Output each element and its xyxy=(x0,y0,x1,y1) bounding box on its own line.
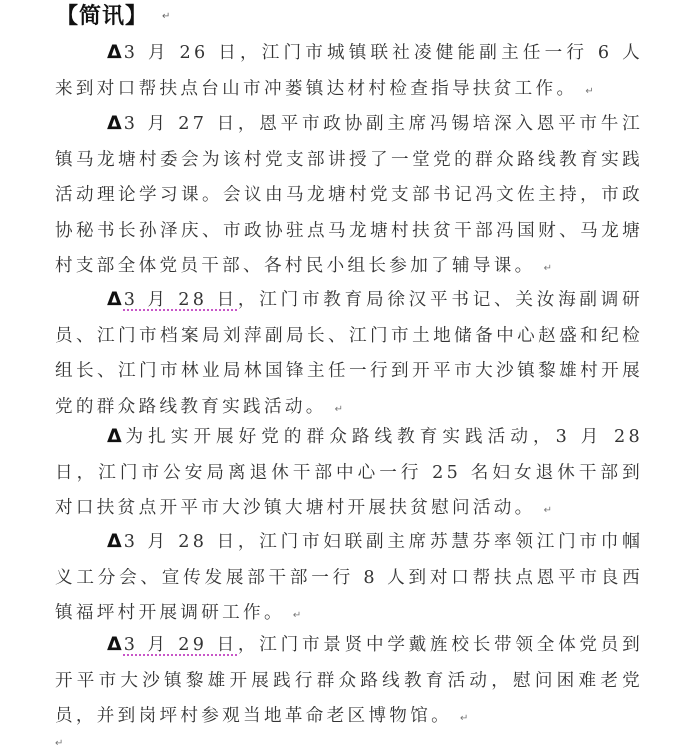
delta-bullet-icon: Δ xyxy=(107,112,124,134)
heading-text: 【简讯】 xyxy=(56,4,148,29)
news-date: 3 月 26 日 xyxy=(124,43,240,63)
paragraph-mark-icon: ↵ xyxy=(293,610,301,621)
news-item-5: Δ3 月 28 日，江门市妇联副主席苏慧芬率领江门市巾帼义工分会、宣传发展部干部… xyxy=(55,524,643,634)
paragraph-mark-icon: ↵ xyxy=(335,404,343,415)
delta-bullet-icon: Δ xyxy=(107,530,124,552)
news-date: 3 月 28 日 xyxy=(124,290,238,310)
news-item-2: Δ3 月 27 日，恩平市政协副主席冯锡培深入恩平市牛江镇马龙塘村委会为该村党支… xyxy=(55,106,643,287)
section-heading: 【简讯】↵ xyxy=(56,2,171,32)
paragraph-mark-icon: ↵ xyxy=(162,11,171,22)
news-item-1: Δ3 月 26 日，江门市城镇联社凌健能副主任一行 6 人来到对口帮扶点台山市冲… xyxy=(55,35,643,109)
news-date: 3 月 27 日 xyxy=(124,114,238,134)
delta-bullet-icon: Δ xyxy=(107,41,124,63)
news-item-6: Δ3 月 29 日，江门市景贤中学戴旌校长带领全体党员到开平市大沙镇黎雄开展践行… xyxy=(55,627,643,737)
news-date: 3 月 28 日 xyxy=(124,532,238,552)
delta-bullet-icon: Δ xyxy=(107,288,124,310)
delta-bullet-icon: Δ xyxy=(107,425,124,447)
paragraph-mark-icon: ↵ xyxy=(585,86,593,97)
news-date: 3 月 29 日 xyxy=(124,635,238,655)
news-text: 为扎实开展好党的群众路线教育实践活动，3 月 28 日，江门市公安局离退休干部中… xyxy=(55,427,643,518)
delta-bullet-icon: Δ xyxy=(107,633,124,655)
paragraph-mark-icon: ↵ xyxy=(55,738,63,749)
paragraph-mark-icon: ↵ xyxy=(460,713,468,724)
paragraph-mark-icon: ↵ xyxy=(544,505,552,516)
news-text: ，恩平市政协副主席冯锡培深入恩平市牛江镇马龙塘村委会为该村党支部讲授了一堂党的群… xyxy=(55,114,643,276)
news-item-4: Δ为扎实开展好党的群众路线教育实践活动，3 月 28 日，江门市公安局离退休干部… xyxy=(55,419,643,529)
paragraph-mark-icon: ↵ xyxy=(544,263,552,274)
news-item-3: Δ3 月 28 日，江门市教育局徐汉平书记、关汝海副调研员、江门市档案局刘萍副局… xyxy=(55,282,643,427)
